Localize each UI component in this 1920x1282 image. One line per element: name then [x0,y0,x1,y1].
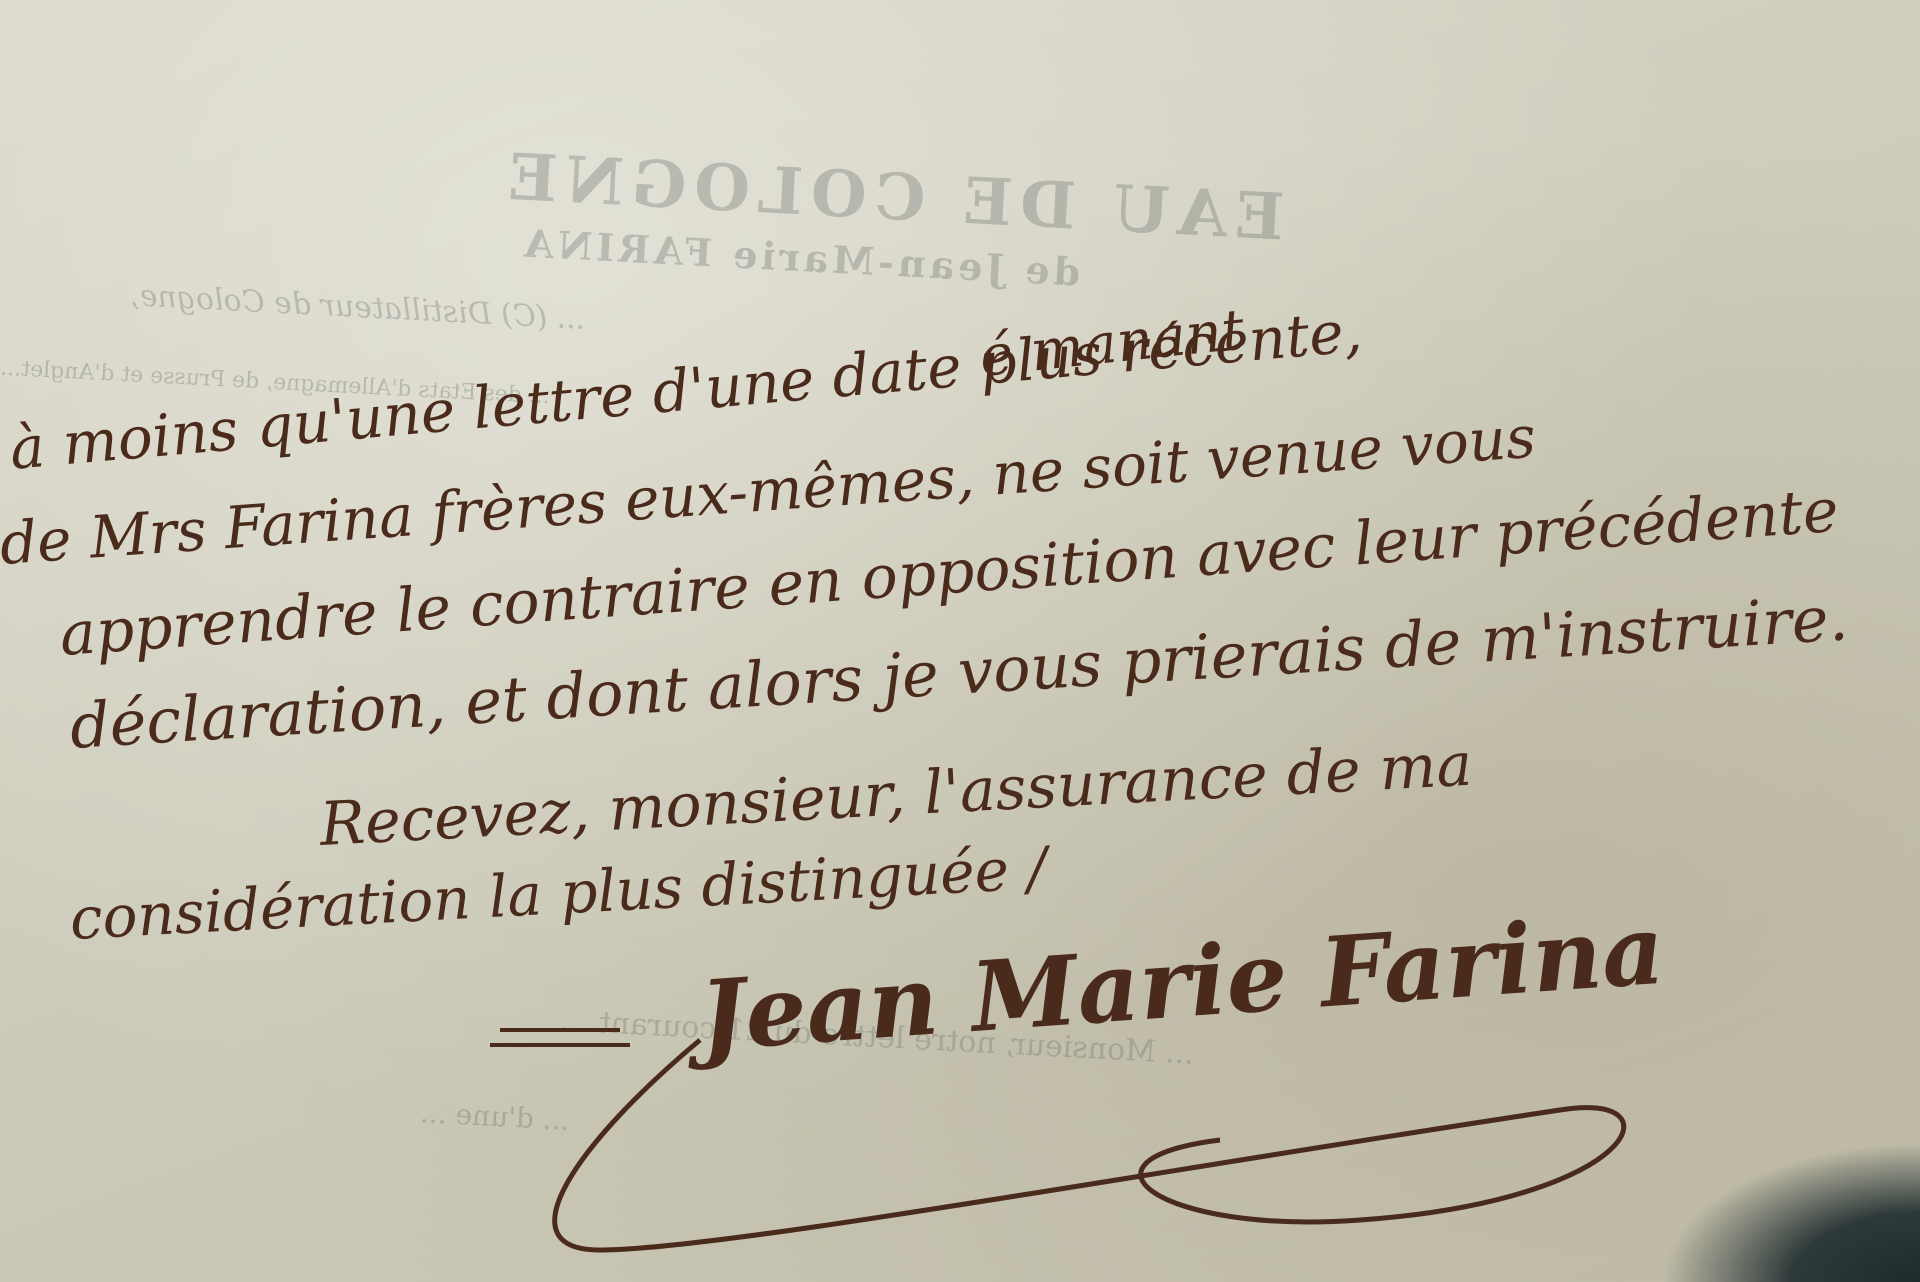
signature-flourish-icon [460,1020,1720,1260]
